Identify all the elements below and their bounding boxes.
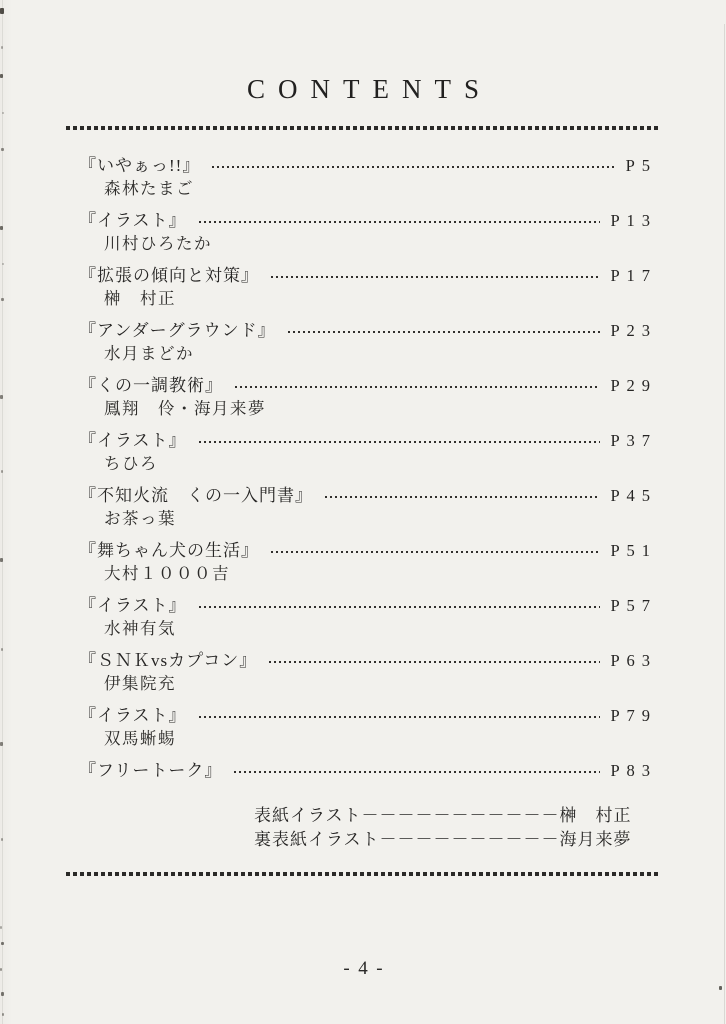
toc-entry: 『イラスト』 P79 双馬蜥蜴 [79,704,650,750]
toc-entry-row: 『イラスト』 P13 [79,209,650,232]
binding-strip [0,0,12,1024]
entry-page-number: P13 [610,209,656,232]
entry-author: 双馬蜥蜴 [104,727,650,750]
entry-page-number: P37 [610,429,656,452]
scan-speck [1,942,4,945]
credit-back-cover-name: 海月来夢 [560,830,632,849]
entry-title: 『イラスト』 [79,209,187,232]
entry-title: 『拡張の傾向と対策』 [79,264,259,287]
dot-leader [199,221,601,223]
credit-front-cover-dashes: －－－－－－－－－－－ [362,806,560,825]
entry-page-number: P63 [610,649,656,672]
scan-speck [0,926,2,929]
dashed-rule-top [66,126,660,130]
entry-page-number: P79 [610,704,656,727]
toc-entry: 『フリートーク』 P83 [79,759,650,782]
entry-author: 森林たまご [104,177,650,200]
credit-back-cover-label: 裏表紙イラスト [254,830,380,849]
toc-entry-row: 『不知火流 くの一入門書』 P45 [79,484,650,507]
entry-page-number: P29 [610,374,656,397]
dot-leader [235,386,600,388]
scan-speck [0,395,3,399]
toc-entry-row: 『舞ちゃん犬の生活』 P51 [79,539,650,562]
toc-entry: 『アンダーグラウンド』 P23 水月まどか [79,319,650,365]
credit-back-cover: 裏表紙イラスト－－－－－－－－－－海月来夢 [254,828,726,852]
entry-title: 『くの一調教術』 [79,374,223,397]
credit-front-cover-name: 榊 村正 [560,806,632,825]
entry-title: 『不知火流 くの一入門書』 [79,484,313,507]
page-number: -4- [0,958,726,980]
toc-entry-row: 『イラスト』 P79 [79,704,650,727]
scan-speck [1,148,4,151]
entry-title: 『イラスト』 [79,429,187,452]
entry-author: 水月まどか [104,342,650,365]
entry-author: お茶っ葉 [104,507,650,530]
scan-speck [0,742,3,746]
entry-title: 『いやぁっ!!』 [79,154,200,177]
dot-leader [325,496,600,498]
scan-speck [0,558,3,562]
toc-entry-row: 『フリートーク』 P83 [79,759,650,782]
dot-leader [269,661,600,663]
entry-page-number: P51 [610,539,656,562]
credit-front-cover-label: 表紙イラスト [254,806,362,825]
scan-speck [2,1013,4,1016]
entry-page-number: P5 [626,154,657,177]
toc-entry: 『くの一調教術』 P29 鳳翔 伶・海月来夢 [79,374,650,420]
entry-author: 大村１０００吉 [104,562,650,585]
scan-speck [0,8,4,14]
entry-author: 川村ひろたか [104,232,650,255]
dot-leader [288,331,601,333]
toc-entry: 『イラスト』 P37 ちひろ [79,429,650,475]
toc-entry-row: 『イラスト』 P37 [79,429,650,452]
entry-page-number: P57 [610,594,656,617]
scan-speck [1,470,3,473]
entry-author: 水神有気 [104,617,650,640]
scan-speck [719,986,722,990]
toc-list: 『いやぁっ!!』 P5 森林たまご 『イラスト』 P13 川村ひろたか 『拡張の… [79,154,650,782]
toc-entry-row: 『ＳＮＫvsカプコン』 P63 [79,649,650,672]
scan-speck [1,648,3,651]
toc-entry-row: 『アンダーグラウンド』 P23 [79,319,650,342]
scan-speck [1,46,3,49]
entry-title: 『イラスト』 [79,704,187,727]
entry-author: 榊 村正 [104,287,650,310]
entry-page-number: P23 [610,319,656,342]
toc-entry: 『舞ちゃん犬の生活』 P51 大村１０００吉 [79,539,650,585]
dot-leader [234,771,600,773]
scan-speck [1,992,4,996]
entry-page-number: P45 [610,484,656,507]
dot-leader [212,166,615,168]
entry-author: ちひろ [104,452,650,475]
scan-speck [0,226,3,230]
entry-title: 『アンダーグラウンド』 [79,319,276,342]
toc-entry: 『ＳＮＫvsカプコン』 P63 伊集院充 [79,649,650,695]
dot-leader [199,441,601,443]
toc-entry-row: 『いやぁっ!!』 P5 [79,154,650,177]
dot-leader [271,551,600,553]
toc-entry: 『いやぁっ!!』 P5 森林たまご [79,154,650,200]
entry-author: 鳳翔 伶・海月来夢 [104,397,650,420]
toc-entry: 『イラスト』 P13 川村ひろたか [79,209,650,255]
scan-edge-left [2,0,3,1024]
dot-leader [271,276,600,278]
entry-title: 『ＳＮＫvsカプコン』 [79,649,257,672]
entry-title: 『フリートーク』 [79,759,222,782]
entry-title: 『イラスト』 [79,594,187,617]
credit-front-cover: 表紙イラスト－－－－－－－－－－－榊 村正 [254,804,726,828]
scan-speck [2,112,4,114]
cover-credits: 表紙イラスト－－－－－－－－－－－榊 村正 裏表紙イラスト－－－－－－－－－－海… [0,804,726,852]
toc-entry: 『不知火流 くの一入門書』 P45 お茶っ葉 [79,484,650,530]
credit-back-cover-dashes: －－－－－－－－－－ [380,830,560,849]
entry-author: 伊集院充 [104,672,650,695]
toc-entry-row: 『拡張の傾向と対策』 P17 [79,264,650,287]
entry-page-number: P83 [610,759,656,782]
scan-speck [2,263,4,265]
scanned-toc-page: CONTENTS 『いやぁっ!!』 P5 森林たまご 『イラスト』 P13 川村… [0,0,726,1024]
scan-speck [1,298,4,301]
page-title: CONTENTS [0,74,726,104]
dot-leader [199,716,601,718]
entry-page-number: P17 [610,264,656,287]
entry-title: 『舞ちゃん犬の生活』 [79,539,259,562]
toc-entry-row: 『イラスト』 P57 [79,594,650,617]
dot-leader [199,606,601,608]
toc-entry: 『イラスト』 P57 水神有気 [79,594,650,640]
toc-entry-row: 『くの一調教術』 P29 [79,374,650,397]
toc-entry: 『拡張の傾向と対策』 P17 榊 村正 [79,264,650,310]
scan-edge-right [724,24,725,1024]
dashed-rule-bottom [66,872,660,876]
